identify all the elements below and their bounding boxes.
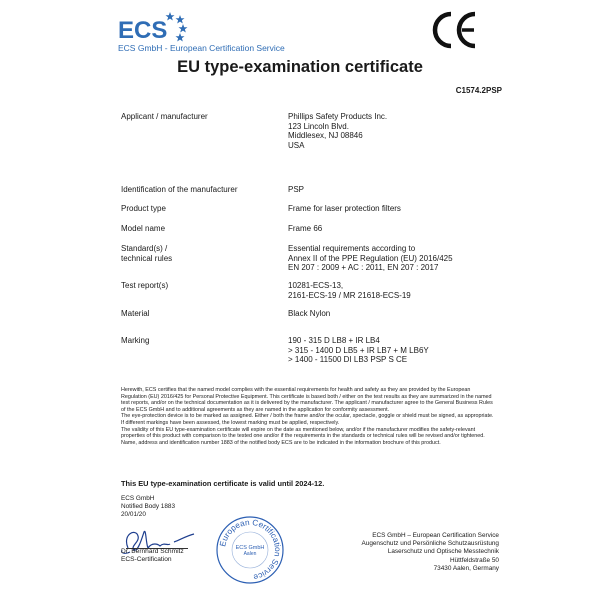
field-label: Marking [121, 336, 149, 346]
field-value: Phillips Safety Products Inc. 123 Lincol… [288, 112, 387, 150]
validity-statement: This EU type-examination certificate is … [121, 479, 324, 488]
address-line: ECS GmbH – European Certification Servic… [362, 532, 500, 540]
field-value: 190 - 315 D LB8 + IR LB4 > 315 - 1400 D … [288, 336, 429, 365]
statement-paragraph: Herewith, ECS certifies that the named m… [121, 387, 496, 413]
field-label: Standard(s) / technical rules [121, 244, 172, 263]
svg-text:Aalen: Aalen [244, 551, 257, 557]
signer-block: Dr. Bernhard Schmitz ECS-Certification [121, 548, 184, 564]
notified-body: Notified Body 1883 [121, 503, 175, 511]
logo-wordmark: ECS [118, 20, 167, 42]
field-label: Applicant / manufacturer [121, 112, 208, 122]
signer-role: ECS-Certification [121, 556, 184, 564]
address-line: 73430 Aalen, Germany [362, 565, 500, 573]
field-value: Essential requirements according to Anne… [288, 244, 453, 273]
field-label: Identification of the manufacturer [121, 185, 238, 195]
stars-icon [164, 10, 204, 44]
address-line: Laserschutz und Optische Messtechnik [362, 548, 500, 556]
field-label: Model name [121, 224, 165, 234]
field-label: Material [121, 309, 149, 319]
issue-date: 20/01/20 [121, 511, 175, 519]
address-line: Augenschutz und Persönliche Schutzausrüs… [362, 540, 500, 548]
signer-name: Dr. Bernhard Schmitz [121, 548, 184, 556]
statement-paragraph: Name, address and identification number … [121, 440, 496, 447]
certificate-number: C1574.2PSP [456, 86, 502, 95]
field-value: Frame 66 [288, 224, 322, 234]
field-value: Frame for laser protection filters [288, 204, 401, 214]
ce-mark-icon [430, 10, 480, 50]
statement-paragraph: The eye-protection device is to be marke… [121, 413, 496, 426]
ecs-logo: ECS ECS GmbH - European Certification Se… [118, 8, 288, 52]
address-line: Hüttfeldstraße 50 [362, 557, 500, 565]
logo-subtitle: ECS GmbH - European Certification Servic… [118, 43, 285, 53]
field-value: Black Nylon [288, 309, 330, 319]
field-label: Test report(s) [121, 281, 168, 291]
address-block: ECS GmbH – European Certification Servic… [362, 532, 500, 573]
certification-statement: Herewith, ECS certifies that the named m… [121, 387, 496, 446]
field-label: Product type [121, 204, 166, 214]
issuer-block: ECS GmbH Notified Body 1883 20/01/20 [121, 495, 175, 519]
field-value: 10281-ECS-13, 2161-ECS-19 / MR 21618-ECS… [288, 281, 411, 300]
document-title: EU type-examination certificate [0, 58, 600, 77]
issuer-name: ECS GmbH [121, 495, 175, 503]
statement-paragraph: The validity of this EU type-examination… [121, 427, 496, 440]
official-stamp-icon: European Certification Service ECS GmbH … [215, 515, 285, 585]
field-value: PSP [288, 185, 304, 195]
